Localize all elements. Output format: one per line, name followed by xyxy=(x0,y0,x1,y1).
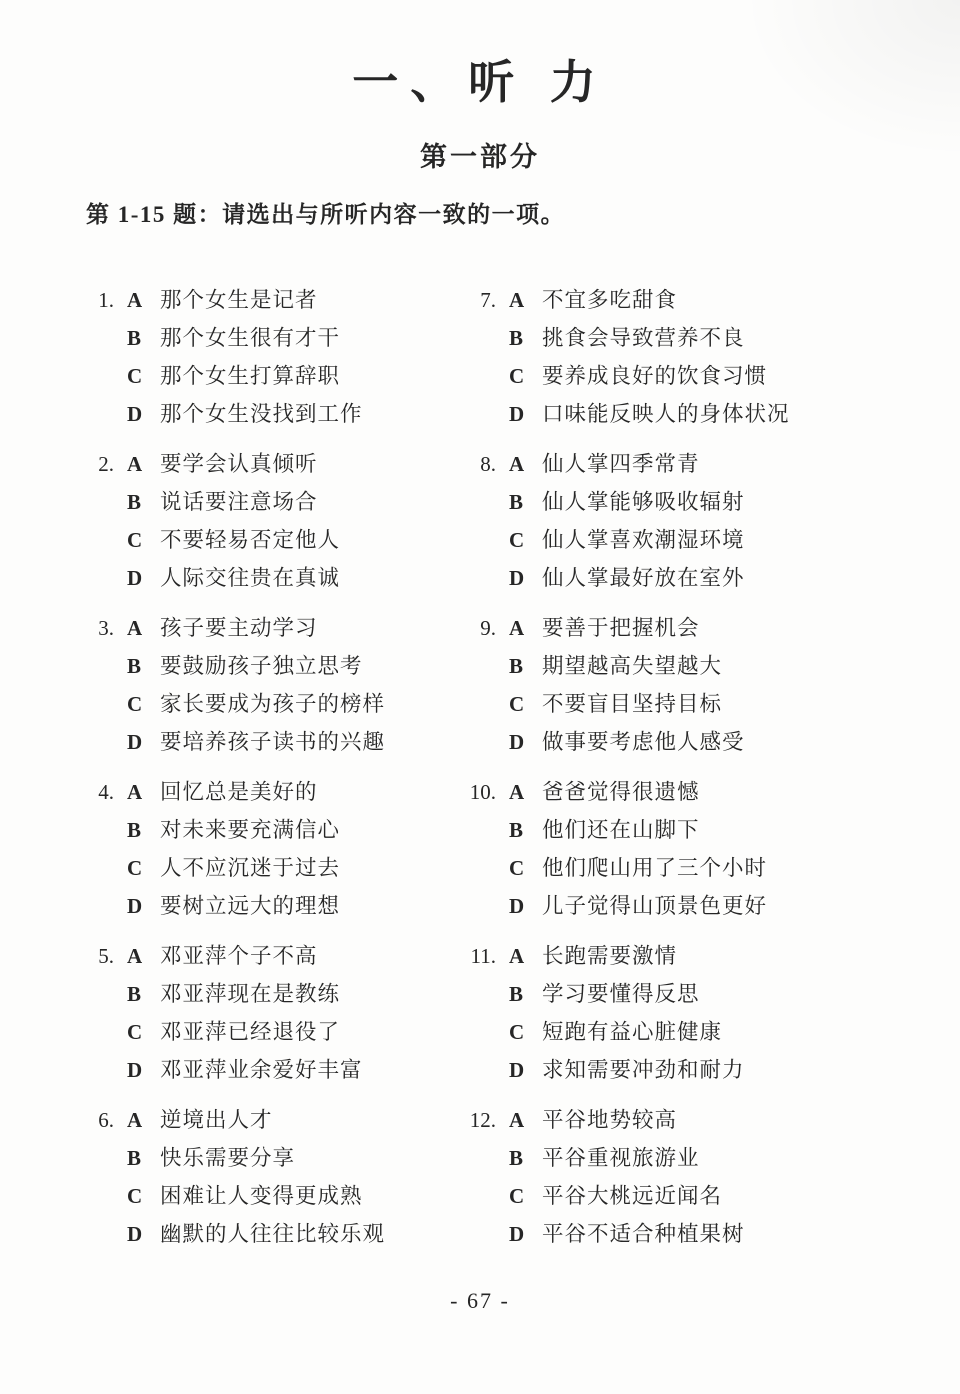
page-number: - 67 - xyxy=(0,1288,960,1314)
option-letter: C xyxy=(509,685,531,723)
question-item: 2. A 要学会认真倾听 B 说话要注意场合 C 不要轻易否定他人 D 人际交往… xyxy=(78,445,460,597)
option-row: A 平谷地势较高 xyxy=(509,1101,960,1139)
option-text: 期望越高失望越大 xyxy=(542,647,722,685)
option-letter: C xyxy=(509,357,531,395)
option-letter: C xyxy=(127,685,149,723)
option-letter: A xyxy=(509,773,531,811)
option-text: 邓亚萍已经退役了 xyxy=(160,1013,340,1051)
option-letter: B xyxy=(127,975,149,1013)
question-number: 1. xyxy=(78,281,114,433)
option-text: 不宜多吃甜食 xyxy=(542,281,677,319)
question-number: 4. xyxy=(78,773,114,925)
option-letter: B xyxy=(509,811,531,849)
option-letter: B xyxy=(509,975,531,1013)
option-row: B 说话要注意场合 xyxy=(127,483,460,521)
question-item: 7. A 不宜多吃甜食 B 挑食会导致营养不良 C 要养成良好的饮食习惯 D 口… xyxy=(460,281,960,433)
option-letter: D xyxy=(127,723,149,761)
option-text: 平谷不适合种植果树 xyxy=(542,1215,745,1253)
question-number: 9. xyxy=(460,609,496,761)
question-item: 6. A 逆境出人才 B 快乐需要分享 C 困难让人变得更成熟 D 幽默的人往往… xyxy=(78,1101,460,1253)
question-number: 5. xyxy=(78,937,114,1089)
question-item: 1. A 那个女生是记者 B 那个女生很有才干 C 那个女生打算辞职 D 那个女… xyxy=(78,281,460,433)
option-text: 平谷大桃远近闻名 xyxy=(542,1177,722,1215)
option-letter: C xyxy=(127,1013,149,1051)
option-text: 要养成良好的饮食习惯 xyxy=(542,357,767,395)
option-text: 邓亚萍个子不高 xyxy=(160,937,318,975)
question-item: 8. A 仙人掌四季常青 B 仙人掌能够吸收辐射 C 仙人掌喜欢潮湿环境 D 仙… xyxy=(460,445,960,597)
option-row: C 短跑有益心脏健康 xyxy=(509,1013,960,1051)
option-text: 短跑有益心脏健康 xyxy=(542,1013,722,1051)
option-row: C 他们爬山用了三个小时 xyxy=(509,849,960,887)
option-row: A 要善于把握机会 xyxy=(509,609,960,647)
option-letter: A xyxy=(127,445,149,483)
question-item: 4. A 回忆总是美好的 B 对未来要充满信心 C 人不应沉迷于过去 D 要树立… xyxy=(78,773,460,925)
question-item: 10. A 爸爸觉得很遗憾 B 他们还在山脚下 C 他们爬山用了三个小时 D 儿… xyxy=(460,773,960,925)
option-text: 他们爬山用了三个小时 xyxy=(542,849,767,887)
option-letter: D xyxy=(127,1215,149,1253)
option-row: B 要鼓励孩子独立思考 xyxy=(127,647,460,685)
option-text: 要学会认真倾听 xyxy=(160,445,318,483)
option-list: A 要善于把握机会 B 期望越高失望越大 C 不要盲目坚持目标 D 做事要考虑他… xyxy=(509,609,960,761)
option-row: B 对未来要充满信心 xyxy=(127,811,460,849)
question-item: 12. A 平谷地势较高 B 平谷重视旅游业 C 平谷大桃远近闻名 D 平谷不适… xyxy=(460,1101,960,1253)
option-text: 仙人掌四季常青 xyxy=(542,445,700,483)
question-number: 10. xyxy=(460,773,496,925)
exam-page: 一、听 力 第一部分 第 1-15 题：请选出与所听内容一致的一项。 1. A … xyxy=(0,0,960,1394)
option-letter: A xyxy=(127,1101,149,1139)
option-row: B 那个女生很有才干 xyxy=(127,319,460,357)
option-list: A 不宜多吃甜食 B 挑食会导致营养不良 C 要养成良好的饮食习惯 D 口味能反… xyxy=(509,281,960,433)
option-text: 人不应沉迷于过去 xyxy=(160,849,340,887)
option-row: D 口味能反映人的身体状况 xyxy=(509,395,960,433)
option-text: 做事要考虑他人感受 xyxy=(542,723,745,761)
option-text: 挑食会导致营养不良 xyxy=(542,319,745,357)
option-letter: B xyxy=(127,647,149,685)
option-list: A 爸爸觉得很遗憾 B 他们还在山脚下 C 他们爬山用了三个小时 D 儿子觉得山… xyxy=(509,773,960,925)
option-row: D 仙人掌最好放在室外 xyxy=(509,559,960,597)
option-text: 平谷重视旅游业 xyxy=(542,1139,700,1177)
option-text: 仙人掌最好放在室外 xyxy=(542,559,745,597)
questions-column-right: 7. A 不宜多吃甜食 B 挑食会导致营养不良 C 要养成良好的饮食习惯 D 口… xyxy=(460,281,960,1265)
option-text: 求知需要冲劲和耐力 xyxy=(542,1051,745,1089)
option-text: 他们还在山脚下 xyxy=(542,811,700,849)
option-row: C 不要轻易否定他人 xyxy=(127,521,460,559)
option-letter: A xyxy=(127,937,149,975)
option-letter: A xyxy=(509,937,531,975)
option-row: A 邓亚萍个子不高 xyxy=(127,937,460,975)
option-letter: D xyxy=(127,1051,149,1089)
option-row: D 做事要考虑他人感受 xyxy=(509,723,960,761)
question-item: 5. A 邓亚萍个子不高 B 邓亚萍现在是教练 C 邓亚萍已经退役了 D 邓亚萍… xyxy=(78,937,460,1089)
option-letter: A xyxy=(127,773,149,811)
page-title: 一、听 力 xyxy=(0,0,960,106)
question-item: 9. A 要善于把握机会 B 期望越高失望越大 C 不要盲目坚持目标 D 做事要… xyxy=(460,609,960,761)
option-text: 邓亚萍业余爱好丰富 xyxy=(160,1051,363,1089)
option-text: 仙人掌喜欢潮湿环境 xyxy=(542,521,745,559)
option-list: A 逆境出人才 B 快乐需要分享 C 困难让人变得更成熟 D 幽默的人往往比较乐… xyxy=(127,1101,460,1253)
option-row: B 他们还在山脚下 xyxy=(509,811,960,849)
option-row: D 幽默的人往往比较乐观 xyxy=(127,1215,460,1253)
option-letter: C xyxy=(127,521,149,559)
option-row: A 孩子要主动学习 xyxy=(127,609,460,647)
option-row: A 仙人掌四季常青 xyxy=(509,445,960,483)
option-text: 孩子要主动学习 xyxy=(160,609,318,647)
option-letter: D xyxy=(127,559,149,597)
option-row: D 儿子觉得山顶景色更好 xyxy=(509,887,960,925)
option-letter: C xyxy=(127,1177,149,1215)
option-letter: B xyxy=(127,811,149,849)
option-row: B 期望越高失望越大 xyxy=(509,647,960,685)
option-row: C 那个女生打算辞职 xyxy=(127,357,460,395)
option-letter: D xyxy=(127,887,149,925)
option-letter: B xyxy=(127,319,149,357)
question-number: 2. xyxy=(78,445,114,597)
option-letter: B xyxy=(127,483,149,521)
question-number: 7. xyxy=(460,281,496,433)
option-text: 爸爸觉得很遗憾 xyxy=(542,773,700,811)
option-row: D 求知需要冲劲和耐力 xyxy=(509,1051,960,1089)
option-row: D 人际交往贵在真诚 xyxy=(127,559,460,597)
option-letter: A xyxy=(509,1101,531,1139)
option-row: B 学习要懂得反思 xyxy=(509,975,960,1013)
option-text: 儿子觉得山顶景色更好 xyxy=(542,887,767,925)
option-list: A 平谷地势较高 B 平谷重视旅游业 C 平谷大桃远近闻名 D 平谷不适合种植果… xyxy=(509,1101,960,1253)
option-row: A 回忆总是美好的 xyxy=(127,773,460,811)
question-number: 12. xyxy=(460,1101,496,1253)
option-letter: D xyxy=(127,395,149,433)
option-letter: D xyxy=(509,395,531,433)
option-text: 口味能反映人的身体状况 xyxy=(542,395,790,433)
option-text: 不要盲目坚持目标 xyxy=(542,685,722,723)
option-letter: D xyxy=(509,887,531,925)
questions-grid: 1. A 那个女生是记者 B 那个女生很有才干 C 那个女生打算辞职 D 那个女… xyxy=(0,281,960,1265)
question-number: 8. xyxy=(460,445,496,597)
option-text: 仙人掌能够吸收辐射 xyxy=(542,483,745,521)
option-row: C 家长要成为孩子的榜样 xyxy=(127,685,460,723)
questions-column-left: 1. A 那个女生是记者 B 那个女生很有才干 C 那个女生打算辞职 D 那个女… xyxy=(78,281,460,1265)
option-text: 家长要成为孩子的榜样 xyxy=(160,685,385,723)
option-text: 长跑需要激情 xyxy=(542,937,677,975)
option-text: 快乐需要分享 xyxy=(160,1139,295,1177)
option-row: B 仙人掌能够吸收辐射 xyxy=(509,483,960,521)
option-text: 困难让人变得更成熟 xyxy=(160,1177,363,1215)
option-list: A 回忆总是美好的 B 对未来要充满信心 C 人不应沉迷于过去 D 要树立远大的… xyxy=(127,773,460,925)
option-text: 回忆总是美好的 xyxy=(160,773,318,811)
option-list: A 长跑需要激情 B 学习要懂得反思 C 短跑有益心脏健康 D 求知需要冲劲和耐… xyxy=(509,937,960,1089)
option-row: C 平谷大桃远近闻名 xyxy=(509,1177,960,1215)
option-text: 逆境出人才 xyxy=(160,1101,273,1139)
option-row: B 邓亚萍现在是教练 xyxy=(127,975,460,1013)
question-number: 3. xyxy=(78,609,114,761)
option-letter: A xyxy=(127,609,149,647)
option-letter: D xyxy=(509,1215,531,1253)
option-text: 幽默的人往往比较乐观 xyxy=(160,1215,385,1253)
option-row: A 爸爸觉得很遗憾 xyxy=(509,773,960,811)
option-row: A 要学会认真倾听 xyxy=(127,445,460,483)
option-row: A 那个女生是记者 xyxy=(127,281,460,319)
option-letter: A xyxy=(509,445,531,483)
option-row: C 仙人掌喜欢潮湿环境 xyxy=(509,521,960,559)
option-text: 平谷地势较高 xyxy=(542,1101,677,1139)
option-text: 那个女生是记者 xyxy=(160,281,318,319)
option-text: 邓亚萍现在是教练 xyxy=(160,975,340,1013)
option-row: B 平谷重视旅游业 xyxy=(509,1139,960,1177)
option-row: C 困难让人变得更成熟 xyxy=(127,1177,460,1215)
option-text: 那个女生没找到工作 xyxy=(160,395,363,433)
option-row: A 不宜多吃甜食 xyxy=(509,281,960,319)
option-letter: C xyxy=(509,849,531,887)
option-letter: C xyxy=(127,849,149,887)
question-item: 11. A 长跑需要激情 B 学习要懂得反思 C 短跑有益心脏健康 D 求知需要… xyxy=(460,937,960,1089)
option-letter: C xyxy=(509,1177,531,1215)
option-letter: B xyxy=(509,319,531,357)
option-list: A 邓亚萍个子不高 B 邓亚萍现在是教练 C 邓亚萍已经退役了 D 邓亚萍业余爱… xyxy=(127,937,460,1089)
option-row: A 逆境出人才 xyxy=(127,1101,460,1139)
option-text: 要树立远大的理想 xyxy=(160,887,340,925)
option-text: 要鼓励孩子独立思考 xyxy=(160,647,363,685)
option-letter: B xyxy=(509,483,531,521)
option-letter: D xyxy=(509,1051,531,1089)
option-row: D 平谷不适合种植果树 xyxy=(509,1215,960,1253)
option-row: A 长跑需要激情 xyxy=(509,937,960,975)
option-row: C 不要盲目坚持目标 xyxy=(509,685,960,723)
option-letter: D xyxy=(509,559,531,597)
option-letter: C xyxy=(509,521,531,559)
option-letter: C xyxy=(127,357,149,395)
option-row: D 邓亚萍业余爱好丰富 xyxy=(127,1051,460,1089)
option-row: C 要养成良好的饮食习惯 xyxy=(509,357,960,395)
option-text: 那个女生打算辞职 xyxy=(160,357,340,395)
option-letter: B xyxy=(127,1139,149,1177)
option-letter: A xyxy=(127,281,149,319)
option-row: D 要培养孩子读书的兴趣 xyxy=(127,723,460,761)
section-title: 第一部分 xyxy=(0,144,960,171)
option-text: 学习要懂得反思 xyxy=(542,975,700,1013)
option-row: B 挑食会导致营养不良 xyxy=(509,319,960,357)
question-item: 3. A 孩子要主动学习 B 要鼓励孩子独立思考 C 家长要成为孩子的榜样 D … xyxy=(78,609,460,761)
option-text: 不要轻易否定他人 xyxy=(160,521,340,559)
option-list: A 仙人掌四季常青 B 仙人掌能够吸收辐射 C 仙人掌喜欢潮湿环境 D 仙人掌最… xyxy=(509,445,960,597)
option-text: 那个女生很有才干 xyxy=(160,319,340,357)
question-number: 11. xyxy=(460,937,496,1089)
option-letter: A xyxy=(509,281,531,319)
option-letter: B xyxy=(509,647,531,685)
option-list: A 孩子要主动学习 B 要鼓励孩子独立思考 C 家长要成为孩子的榜样 D 要培养… xyxy=(127,609,460,761)
option-text: 人际交往贵在真诚 xyxy=(160,559,340,597)
option-list: A 要学会认真倾听 B 说话要注意场合 C 不要轻易否定他人 D 人际交往贵在真… xyxy=(127,445,460,597)
option-row: C 邓亚萍已经退役了 xyxy=(127,1013,460,1051)
option-row: D 那个女生没找到工作 xyxy=(127,395,460,433)
option-letter: C xyxy=(509,1013,531,1051)
option-list: A 那个女生是记者 B 那个女生很有才干 C 那个女生打算辞职 D 那个女生没找… xyxy=(127,281,460,433)
option-text: 要善于把握机会 xyxy=(542,609,700,647)
option-text: 要培养孩子读书的兴趣 xyxy=(160,723,385,761)
option-row: D 要树立远大的理想 xyxy=(127,887,460,925)
question-number: 6. xyxy=(78,1101,114,1253)
option-letter: B xyxy=(509,1139,531,1177)
option-letter: D xyxy=(509,723,531,761)
option-row: C 人不应沉迷于过去 xyxy=(127,849,460,887)
option-letter: A xyxy=(509,609,531,647)
option-row: B 快乐需要分享 xyxy=(127,1139,460,1177)
option-text: 说话要注意场合 xyxy=(160,483,318,521)
instruction-text: 第 1-15 题：请选出与所听内容一致的一项。 xyxy=(86,201,960,229)
option-text: 对未来要充满信心 xyxy=(160,811,340,849)
